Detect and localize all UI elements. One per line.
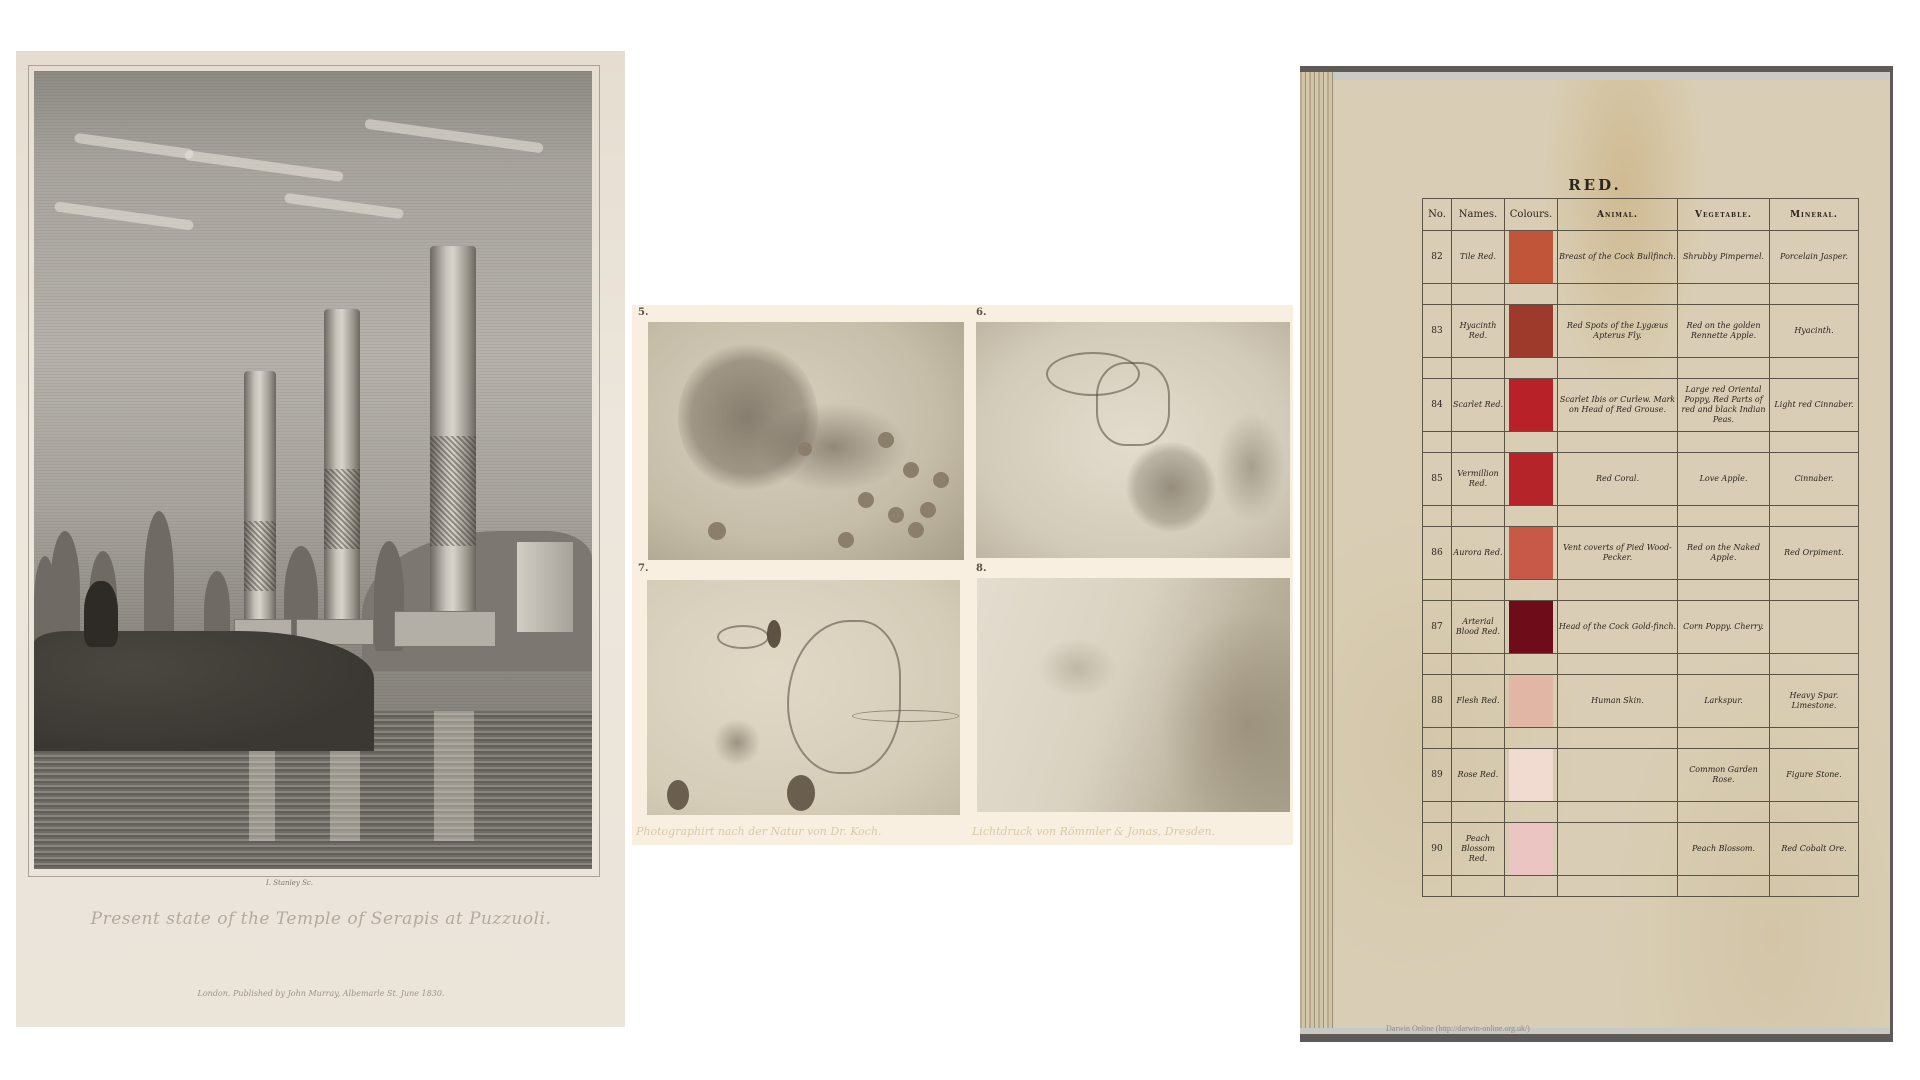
- table-header-row: No. Names. Colours. Animal. Vegetable. M…: [1423, 199, 1859, 231]
- row-colour: [1505, 749, 1558, 802]
- cloud: [364, 119, 544, 154]
- row-mineral: Porcelain Jasper.: [1770, 231, 1859, 284]
- column-middle: [324, 309, 360, 621]
- row-colour: [1505, 675, 1558, 728]
- row-colour: [1505, 231, 1558, 284]
- row-colour: [1505, 379, 1558, 432]
- table-spacer-row: [1423, 284, 1859, 305]
- row-name: Arterial Blood Red.: [1452, 601, 1505, 654]
- row-name: Aurora Red.: [1452, 527, 1505, 580]
- row-vegetable: Peach Blossom.: [1678, 823, 1770, 876]
- row-name: Flesh Red.: [1452, 675, 1505, 728]
- row-number: 88: [1423, 675, 1452, 728]
- colour-swatch: [1509, 231, 1553, 283]
- row-animal: Red Coral.: [1558, 453, 1678, 506]
- ruined-wall: [516, 541, 574, 633]
- row-number: 84: [1423, 379, 1452, 432]
- table-spacer-row: [1423, 728, 1859, 749]
- table-spacer-row: [1423, 802, 1859, 823]
- column-right: [430, 246, 476, 621]
- header-number: No.: [1423, 199, 1452, 231]
- row-mineral: Cinnaber.: [1770, 453, 1859, 506]
- engraving-scene: [34, 71, 592, 869]
- row-name: Hyacinth Red.: [1452, 305, 1505, 358]
- row-animal: Vent coverts of Pied Wood-Pecker.: [1558, 527, 1678, 580]
- table-row: 82Tile Red.Breast of the Cock Bullfinch.…: [1423, 231, 1859, 284]
- colour-swatch: [1509, 305, 1553, 357]
- figure-label-8: 8.: [976, 563, 986, 574]
- cloud: [284, 193, 404, 220]
- colour-table-scan: RED. No. Names. Colours. Animal. Vegetab…: [1300, 66, 1893, 1042]
- row-colour: [1505, 453, 1558, 506]
- colour-swatch: [1509, 453, 1553, 505]
- row-vegetable: Love Apple.: [1678, 453, 1770, 506]
- book-page: RED. No. Names. Colours. Animal. Vegetab…: [1300, 72, 1890, 1034]
- column-left: [244, 371, 276, 621]
- seated-figure: [84, 581, 118, 647]
- table-row: 86Aurora Red.Vent coverts of Pied Wood-P…: [1423, 527, 1859, 580]
- row-name: Vermillion Red.: [1452, 453, 1505, 506]
- page-edge-top: [1300, 72, 1890, 80]
- engraving-plate-temple-of-serapis: I. Stanley Sc. Present state of the Temp…: [16, 51, 625, 1027]
- row-vegetable: Large red Oriental Poppy, Red Parts of r…: [1678, 379, 1770, 432]
- row-animal: Head of the Cock Gold-finch.: [1558, 601, 1678, 654]
- colour-table: No. Names. Colours. Animal. Vegetable. M…: [1422, 198, 1859, 897]
- table-row: 85Vermillion Red.Red Coral.Love Apple.Ci…: [1423, 453, 1859, 506]
- table-spacer-row: [1423, 432, 1859, 453]
- engraving-caption: Present state of the Temple of Serapis a…: [86, 909, 556, 929]
- row-number: 90: [1423, 823, 1452, 876]
- row-mineral: Red Orpiment.: [1770, 527, 1859, 580]
- table-row: 89Rose Red.Common Garden Rose.Figure Sto…: [1423, 749, 1859, 802]
- row-vegetable: Red on the golden Rennette Apple.: [1678, 305, 1770, 358]
- row-vegetable: Red on the Naked Apple.: [1678, 527, 1770, 580]
- cloud: [184, 150, 344, 182]
- table-row: 84Scarlet Red.Scarlet Ibis or Curlew. Ma…: [1423, 379, 1859, 432]
- colour-swatch: [1509, 379, 1553, 431]
- row-number: 83: [1423, 305, 1452, 358]
- row-number: 85: [1423, 453, 1452, 506]
- figure-label-5: 5.: [638, 307, 648, 318]
- row-name: Rose Red.: [1452, 749, 1505, 802]
- table-row: 88Flesh Red.Human Skin.Larkspur.Heavy Sp…: [1423, 675, 1859, 728]
- header-animal: Animal.: [1558, 199, 1678, 231]
- micrograph-caption-right: Lichtdruck von Römmler & Jonas, Dresden.: [972, 825, 1215, 838]
- row-vegetable: Corn Poppy. Cherry.: [1678, 601, 1770, 654]
- row-number: 82: [1423, 231, 1452, 284]
- figure-label-6: 6.: [976, 307, 986, 318]
- header-names: Names.: [1452, 199, 1505, 231]
- row-colour: [1505, 823, 1558, 876]
- cloud: [74, 133, 194, 160]
- micrograph-6: [976, 322, 1290, 558]
- micrograph-8: [977, 578, 1290, 812]
- row-mineral: [1770, 601, 1859, 654]
- colour-swatch: [1509, 527, 1553, 579]
- colour-swatch: [1509, 823, 1553, 875]
- header-mineral: Mineral.: [1770, 199, 1859, 231]
- row-name: Peach Blossom Red.: [1452, 823, 1505, 876]
- row-vegetable: Common Garden Rose.: [1678, 749, 1770, 802]
- header-colours: Colours.: [1505, 199, 1558, 231]
- colour-swatch: [1509, 749, 1553, 801]
- figure-label-7: 7.: [638, 563, 648, 574]
- table-spacer-row: [1423, 506, 1859, 527]
- table-spacer-row: [1423, 580, 1859, 601]
- row-animal: Breast of the Cock Bullfinch.: [1558, 231, 1678, 284]
- micrograph-7: [647, 580, 960, 815]
- row-mineral: Red Cobalt Ore.: [1770, 823, 1859, 876]
- colour-swatch: [1509, 601, 1553, 653]
- row-vegetable: Shrubby Pimpernel.: [1678, 231, 1770, 284]
- watermark: Darwin Online (http://darwin-online.org.…: [1386, 1024, 1530, 1033]
- row-name: Tile Red.: [1452, 231, 1505, 284]
- table-spacer-row: [1423, 876, 1859, 897]
- page-gutter: [1300, 72, 1334, 1034]
- table-row: 87Arterial Blood Red.Head of the Cock Go…: [1423, 601, 1859, 654]
- row-number: 89: [1423, 749, 1452, 802]
- row-mineral: Heavy Spar. Limestone.: [1770, 675, 1859, 728]
- row-colour: [1505, 305, 1558, 358]
- foreground-rock: [34, 631, 374, 751]
- publisher-line: London. Published by John Murray, Albema…: [116, 989, 526, 998]
- table-row: 90Peach Blossom Red.Peach Blossom.Red Co…: [1423, 823, 1859, 876]
- row-name: Scarlet Red.: [1452, 379, 1505, 432]
- micrograph-caption-left: Photographirt nach der Natur von Dr. Koc…: [636, 825, 882, 838]
- micrograph-5: [648, 322, 964, 560]
- row-animal: [1558, 749, 1678, 802]
- row-vegetable: Larkspur.: [1678, 675, 1770, 728]
- section-title: RED.: [1300, 176, 1890, 194]
- table-row: 83Hyacinth Red.Red Spots of the Lygæus A…: [1423, 305, 1859, 358]
- colour-swatch: [1509, 675, 1553, 727]
- row-animal: Red Spots of the Lygæus Apterus Fly.: [1558, 305, 1678, 358]
- row-colour: [1505, 601, 1558, 654]
- row-number: 87: [1423, 601, 1452, 654]
- row-animal: Human Skin.: [1558, 675, 1678, 728]
- micrograph-plate: 5. 6. 7. 8. Photographirt nach der Natur: [632, 305, 1293, 845]
- table-spacer-row: [1423, 654, 1859, 675]
- table-spacer-row: [1423, 358, 1859, 379]
- header-vegetable: Vegetable.: [1678, 199, 1770, 231]
- row-number: 86: [1423, 527, 1452, 580]
- row-animal: Scarlet Ibis or Curlew. Mark on Head of …: [1558, 379, 1678, 432]
- row-mineral: Figure Stone.: [1770, 749, 1859, 802]
- row-mineral: Light red Cinnaber.: [1770, 379, 1859, 432]
- artist-credit: I. Stanley Sc.: [266, 879, 313, 887]
- row-colour: [1505, 527, 1558, 580]
- row-mineral: Hyacinth.: [1770, 305, 1859, 358]
- cloud: [54, 201, 194, 230]
- row-animal: [1558, 823, 1678, 876]
